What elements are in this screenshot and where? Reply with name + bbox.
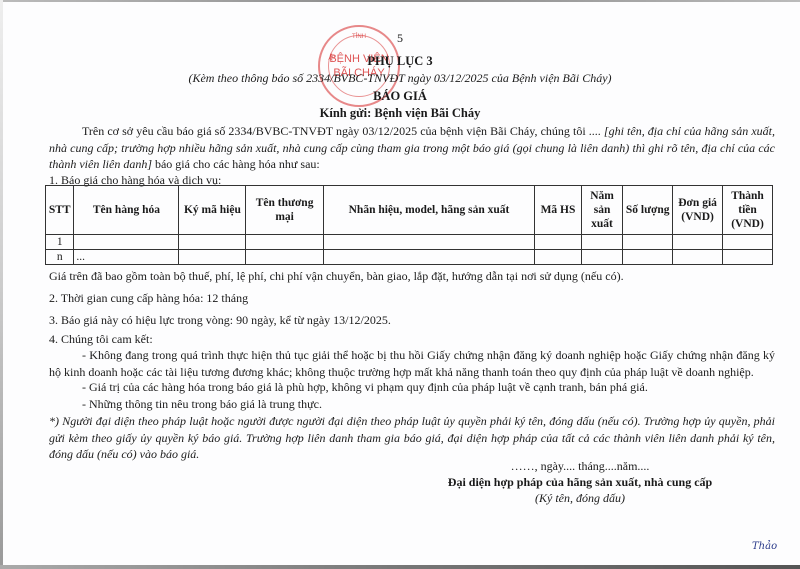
cell-trade-name xyxy=(246,235,324,250)
cell-trade-name xyxy=(246,250,324,265)
cell-stt: 1 xyxy=(46,235,74,250)
col-header-total: Thành tiền (VND) xyxy=(723,186,773,235)
handwritten-initials: Thảo xyxy=(752,541,777,552)
col-header-item-name: Tên hàng hóa xyxy=(74,186,179,235)
scan-bottom-edge xyxy=(0,565,800,569)
cell-total xyxy=(723,235,773,250)
cell-stt: n xyxy=(46,250,74,265)
page-number: 5 xyxy=(0,31,800,46)
intro-tail: báo giá cho các hàng hóa như sau: xyxy=(152,157,320,171)
cell-brand-model xyxy=(323,250,534,265)
cell-unit-price xyxy=(673,250,723,265)
signature-title: Đại diện hợp pháp của hãng sản xuất, nhà… xyxy=(420,475,740,490)
col-header-unit-price: Đơn giá (VND) xyxy=(673,186,723,235)
commitment-3: - Những thông tin nêu trong báo giá là t… xyxy=(82,396,322,413)
cell-brand-model xyxy=(323,235,534,250)
col-header-stt: STT xyxy=(46,186,74,235)
intro-paragraph: Trên cơ sở yêu cầu báo giá số 2334/BVBC-… xyxy=(49,123,775,173)
intro-text: Trên cơ sở yêu cầu báo giá số 2334/BVBC-… xyxy=(82,124,604,138)
cell-hs-code xyxy=(535,235,582,250)
col-header-trade-name: Tên thương mại xyxy=(246,186,324,235)
appendix-subtitle: (Kèm theo thông báo số 2334/BVBC-TNVĐT n… xyxy=(0,71,800,86)
table-row: 1 xyxy=(46,235,773,250)
signature-note: (Ký tên, đóng dấu) xyxy=(420,491,740,506)
price-inclusion-note: Giá trên đã bao gồm toàn bộ thuế, phí, l… xyxy=(49,268,624,285)
stamp-top-text: TỈNH xyxy=(320,34,398,40)
appendix-title: PHỤ LỤC 3 xyxy=(0,54,800,69)
col-header-year: Năm sản xuất xyxy=(581,186,622,235)
commitment-2: - Giá trị của các hàng hóa trong báo giá… xyxy=(82,379,648,396)
cell-year xyxy=(581,235,622,250)
document-title: BÁO GIÁ xyxy=(0,89,800,104)
col-header-brand-model: Nhãn hiệu, model, hãng sản xuất xyxy=(323,186,534,235)
table-row: n ... xyxy=(46,250,773,265)
cell-code xyxy=(179,250,246,265)
section-4-title: 4. Chúng tôi cam kết: xyxy=(49,331,153,348)
section-2-delivery-time: 2. Thời gian cung cấp hàng hóa: 12 tháng xyxy=(49,290,248,307)
col-header-quantity: Số lượng xyxy=(623,186,673,235)
cell-unit-price xyxy=(673,235,723,250)
col-header-code: Ký mã hiệu xyxy=(179,186,246,235)
cell-total xyxy=(723,250,773,265)
commitment-1: - Không đang trong quá trình thực hiện t… xyxy=(49,347,775,380)
footnote: *) Người đại diện theo pháp luật hoặc ng… xyxy=(49,413,775,463)
col-header-hs-code: Mã HS xyxy=(535,186,582,235)
cell-item-name: ... xyxy=(74,250,179,265)
cell-code xyxy=(179,235,246,250)
cell-item-name xyxy=(74,235,179,250)
table-header-row: STT Tên hàng hóa Ký mã hiệu Tên thương m… xyxy=(46,186,773,235)
cell-hs-code xyxy=(535,250,582,265)
scan-top-edge xyxy=(0,0,800,2)
cell-year xyxy=(581,250,622,265)
signature-date-line: ……, ngày.... tháng....năm.... xyxy=(420,459,740,474)
cell-quantity xyxy=(623,250,673,265)
quotation-table: STT Tên hàng hóa Ký mã hiệu Tên thương m… xyxy=(45,185,773,265)
section-3-validity: 3. Báo giá này có hiệu lực trong vòng: 9… xyxy=(49,312,391,329)
recipient-line: Kính gửi: Bệnh viện Bãi Cháy xyxy=(0,106,800,121)
cell-quantity xyxy=(623,235,673,250)
